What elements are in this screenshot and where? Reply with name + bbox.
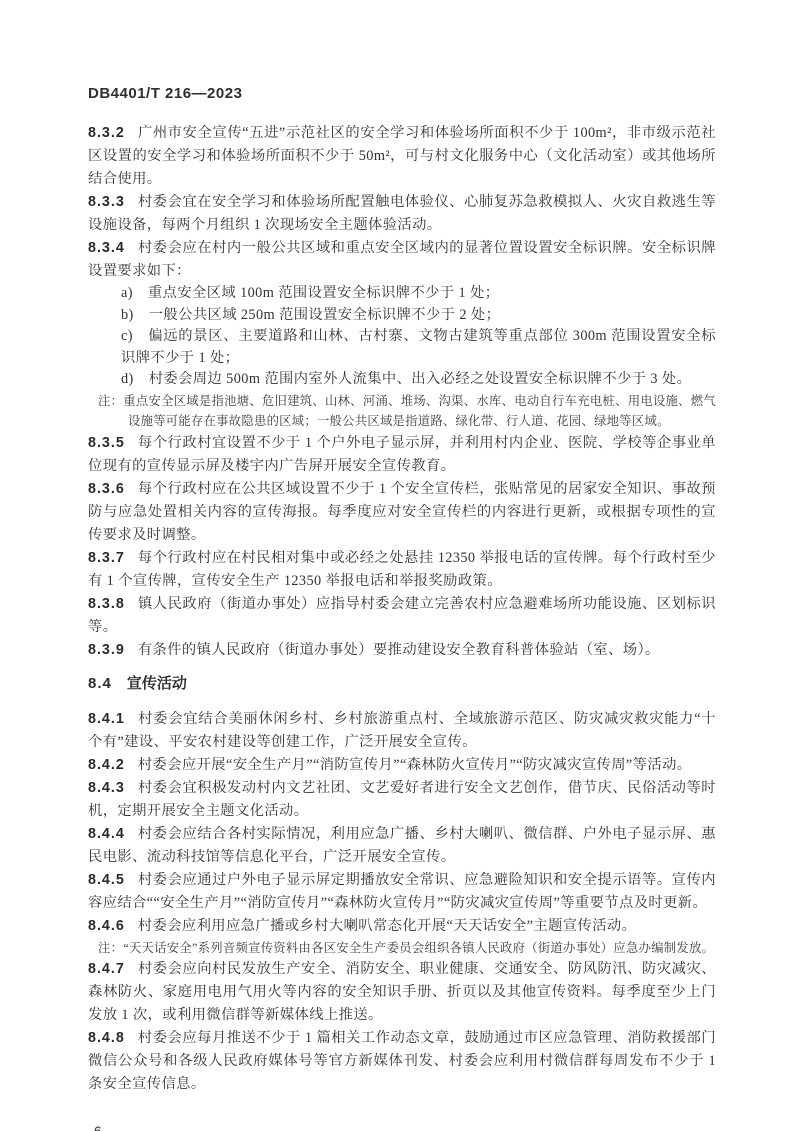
clause-text: 村委会应向村民发放生产安全、消防安全、职业健康、交通安全、防风防汛、防灾减灾、森… bbox=[88, 961, 716, 1023]
clause-number: 8.4.2 bbox=[88, 757, 125, 773]
clause-text: 村委会应利用应急广播或乡村大喇叭常态化开展“天天话安全”主题宣传活动。 bbox=[138, 918, 637, 934]
note-label: 注： bbox=[98, 941, 123, 955]
clause-number: 8.3.4 bbox=[88, 240, 125, 256]
clause-text: 每个行政村应在公共区域设置不少于 1 个安全宣传栏，张贴常见的居家安全知识、事故… bbox=[88, 481, 716, 543]
clause-8-3-7: 8.3.7每个行政村应在村民相对集中或必经之处悬挂 12350 举报电话的宣传牌… bbox=[88, 547, 716, 593]
clause-8-4-3: 8.4.3村委会宜积极发动村内文艺社团、文艺爱好者进行安全文艺创作，借节庆、民俗… bbox=[88, 777, 716, 823]
clause-number: 8.4.8 bbox=[88, 1030, 125, 1046]
clause-8-4-8: 8.4.8村委会应每月推送不少于 1 篇相关工作动态文章，鼓励通过市区应急管理、… bbox=[88, 1027, 716, 1096]
clause-text: 村委会宜积极发动村内文艺社团、文艺爱好者进行安全文艺创作，借节庆、民俗活动等时机… bbox=[88, 780, 716, 819]
list-item-c: c)偏远的景区、主要道路和山林、古村寨、文物古建筑等重点部位 300m 范围设置… bbox=[88, 326, 716, 369]
clause-text: 村委会应通过户外电子显示屏定期播放安全常识、应急避险知识和安全提示语等。宣传内容… bbox=[88, 872, 716, 911]
clause-number: 8.3.3 bbox=[88, 194, 125, 210]
note-8-3-4: 注：重点安全区域是指池塘、危旧建筑、山林、河涌、堆场、沟渠、水库、电动自行车充电… bbox=[88, 391, 716, 432]
section-heading-8-4: 8.4宣传活动 bbox=[88, 673, 716, 695]
note-label: 注： bbox=[98, 394, 123, 408]
clause-8-3-6: 8.3.6每个行政村应在公共区域设置不少于 1 个安全宣传栏，张贴常见的居家安全… bbox=[88, 478, 716, 547]
clause-8-4-2: 8.4.2村委会应开展“安全生产月”“消防宣传月”“森林防火宣传月”“防灾减灾宣… bbox=[88, 754, 716, 777]
clause-8-3-3: 8.3.3村委会宜在安全学习和体验场所配置触电体验仪、心肺复苏急救模拟人、火灾自… bbox=[88, 191, 716, 237]
clause-number: 8.3.8 bbox=[88, 596, 125, 612]
clause-8-4-7: 8.4.7村委会应向村民发放生产安全、消防安全、职业健康、交通安全、防风防汛、防… bbox=[88, 958, 716, 1027]
clause-8-3-2: 8.3.2广州市安全宣传“五进”示范社区的安全学习和体验场所面积不少于 100m… bbox=[88, 122, 716, 191]
clause-number: 8.3.9 bbox=[88, 642, 125, 658]
clause-number: 8.4.3 bbox=[88, 780, 125, 796]
clause-8-4-1: 8.4.1村委会宜结合美丽休闲乡村、乡村旅游重点村、全域旅游示范区、防灾减灾救灾… bbox=[88, 708, 716, 754]
list-letter: a) bbox=[121, 285, 133, 301]
clause-number: 8.4.5 bbox=[88, 872, 125, 888]
clause-8-4-4: 8.4.4村委会应结合各村实际情况，利用应急广播、乡村大喇叭、微信群、户外电子显… bbox=[88, 823, 716, 869]
list-text: 一般公共区域 250m 范围设置安全标识牌不少于 2 处； bbox=[149, 307, 501, 323]
list-item-a: a)重点安全区域 100m 范围设置安全标识牌不少于 1 处； bbox=[88, 283, 716, 305]
clause-8-3-5: 8.3.5每个行政村宜设置不少于 1 个户外电子显示屏，并利用村内企业、医院、学… bbox=[88, 432, 716, 478]
clause-number: 8.4.1 bbox=[88, 711, 125, 727]
list-item-b: b)一般公共区域 250m 范围设置安全标识牌不少于 2 处； bbox=[88, 305, 716, 327]
clause-number: 8.3.2 bbox=[88, 125, 125, 141]
clause-number: 8.3.7 bbox=[88, 550, 125, 566]
clause-number: 8.3.6 bbox=[88, 481, 125, 497]
section-number: 8.4 bbox=[88, 675, 112, 692]
list-letter: c) bbox=[121, 328, 133, 344]
clause-8-4-6: 8.4.6村委会应利用应急广播或乡村大喇叭常态化开展“天天话安全”主题宣传活动。 bbox=[88, 915, 716, 938]
list-text: 村委会周边 500m 范围内室外人流集中、出入必经之处设置安全标识牌不少于 3 … bbox=[149, 371, 692, 387]
page-number: 6 bbox=[88, 1124, 716, 1131]
note-text: “天天话安全”系列音频宣传资料由各区安全生产委员会组织各镇人民政府（街道办事处）… bbox=[123, 941, 714, 955]
clause-text: 村委会应结合各村实际情况，利用应急广播、乡村大喇叭、微信群、户外电子显示屏、惠民… bbox=[88, 826, 716, 865]
note-8-4-6: 注：“天天话安全”系列音频宣传资料由各区安全生产委员会组织各镇人民政府（街道办事… bbox=[88, 938, 716, 959]
clause-text: 有条件的镇人民政府（街道办事处）要推动建设安全教育科普体验站（室、场）。 bbox=[138, 642, 660, 658]
list-letter: b) bbox=[121, 307, 134, 323]
clause-text: 村委会应开展“安全生产月”“消防宣传月”“森林防火宣传月”“防灾减灾宣传周”等活… bbox=[138, 757, 692, 773]
clause-number: 8.4.7 bbox=[88, 961, 125, 977]
clause-8-3-8: 8.3.8镇人民政府（街道办事处）应指导村委会建立完善农村应急避难场所功能设施、… bbox=[88, 593, 716, 639]
list-letter: d) bbox=[121, 371, 134, 387]
header-doc-code: DB4401/T 216—2023 bbox=[88, 84, 716, 104]
clause-8-3-9: 8.3.9有条件的镇人民政府（街道办事处）要推动建设安全教育科普体验站（室、场）… bbox=[88, 639, 716, 662]
section-title: 宣传活动 bbox=[127, 675, 187, 692]
note-text: 重点安全区域是指池塘、危旧建筑、山林、河涌、堆场、沟渠、水库、电动自行车充电桩、… bbox=[123, 394, 716, 429]
clause-text: 村委会应在村内一般公共区域和重点安全区域内的显著位置设置安全标识牌。安全标识牌设… bbox=[88, 240, 716, 279]
clause-text: 每个行政村宜设置不少于 1 个户外电子显示屏，并利用村内企业、医院、学校等企事业… bbox=[88, 435, 716, 474]
clause-8-3-4: 8.3.4村委会应在村内一般公共区域和重点安全区域内的显著位置设置安全标识牌。安… bbox=[88, 237, 716, 283]
clause-number: 8.3.5 bbox=[88, 435, 125, 451]
document-page: DB4401/T 216—2023 8.3.2广州市安全宣传“五进”示范社区的安… bbox=[0, 0, 800, 1131]
list-item-d: d)村委会周边 500m 范围内室外人流集中、出入必经之处设置安全标识牌不少于 … bbox=[88, 369, 716, 391]
clause-number: 8.4.4 bbox=[88, 826, 125, 842]
clause-text: 村委会宜结合美丽休闲乡村、乡村旅游重点村、全域旅游示范区、防灾减灾救灾能力“十个… bbox=[88, 711, 716, 750]
clause-text: 镇人民政府（街道办事处）应指导村委会建立完善农村应急避难场所功能设施、区划标识等… bbox=[88, 596, 716, 635]
clause-text: 村委会宜在安全学习和体验场所配置触电体验仪、心肺复苏急救模拟人、火灾自救逃生等设… bbox=[88, 194, 716, 233]
clause-8-4-5: 8.4.5村委会应通过户外电子显示屏定期播放安全常识、应急避险知识和安全提示语等… bbox=[88, 869, 716, 915]
clause-number: 8.4.6 bbox=[88, 918, 125, 934]
clause-text: 村委会应每月推送不少于 1 篇相关工作动态文章，鼓励通过市区应急管理、消防救援部… bbox=[88, 1030, 716, 1092]
clause-text: 广州市安全宣传“五进”示范社区的安全学习和体验场所面积不少于 100m²，非市级… bbox=[88, 125, 716, 187]
clause-text: 每个行政村应在村民相对集中或必经之处悬挂 12350 举报电话的宣传牌。每个行政… bbox=[88, 550, 716, 589]
list-text: 偏远的景区、主要道路和山林、古村寨、文物古建筑等重点部位 300m 范围设置安全… bbox=[121, 328, 716, 366]
list-text: 重点安全区域 100m 范围设置安全标识牌不少于 1 处； bbox=[148, 285, 500, 301]
